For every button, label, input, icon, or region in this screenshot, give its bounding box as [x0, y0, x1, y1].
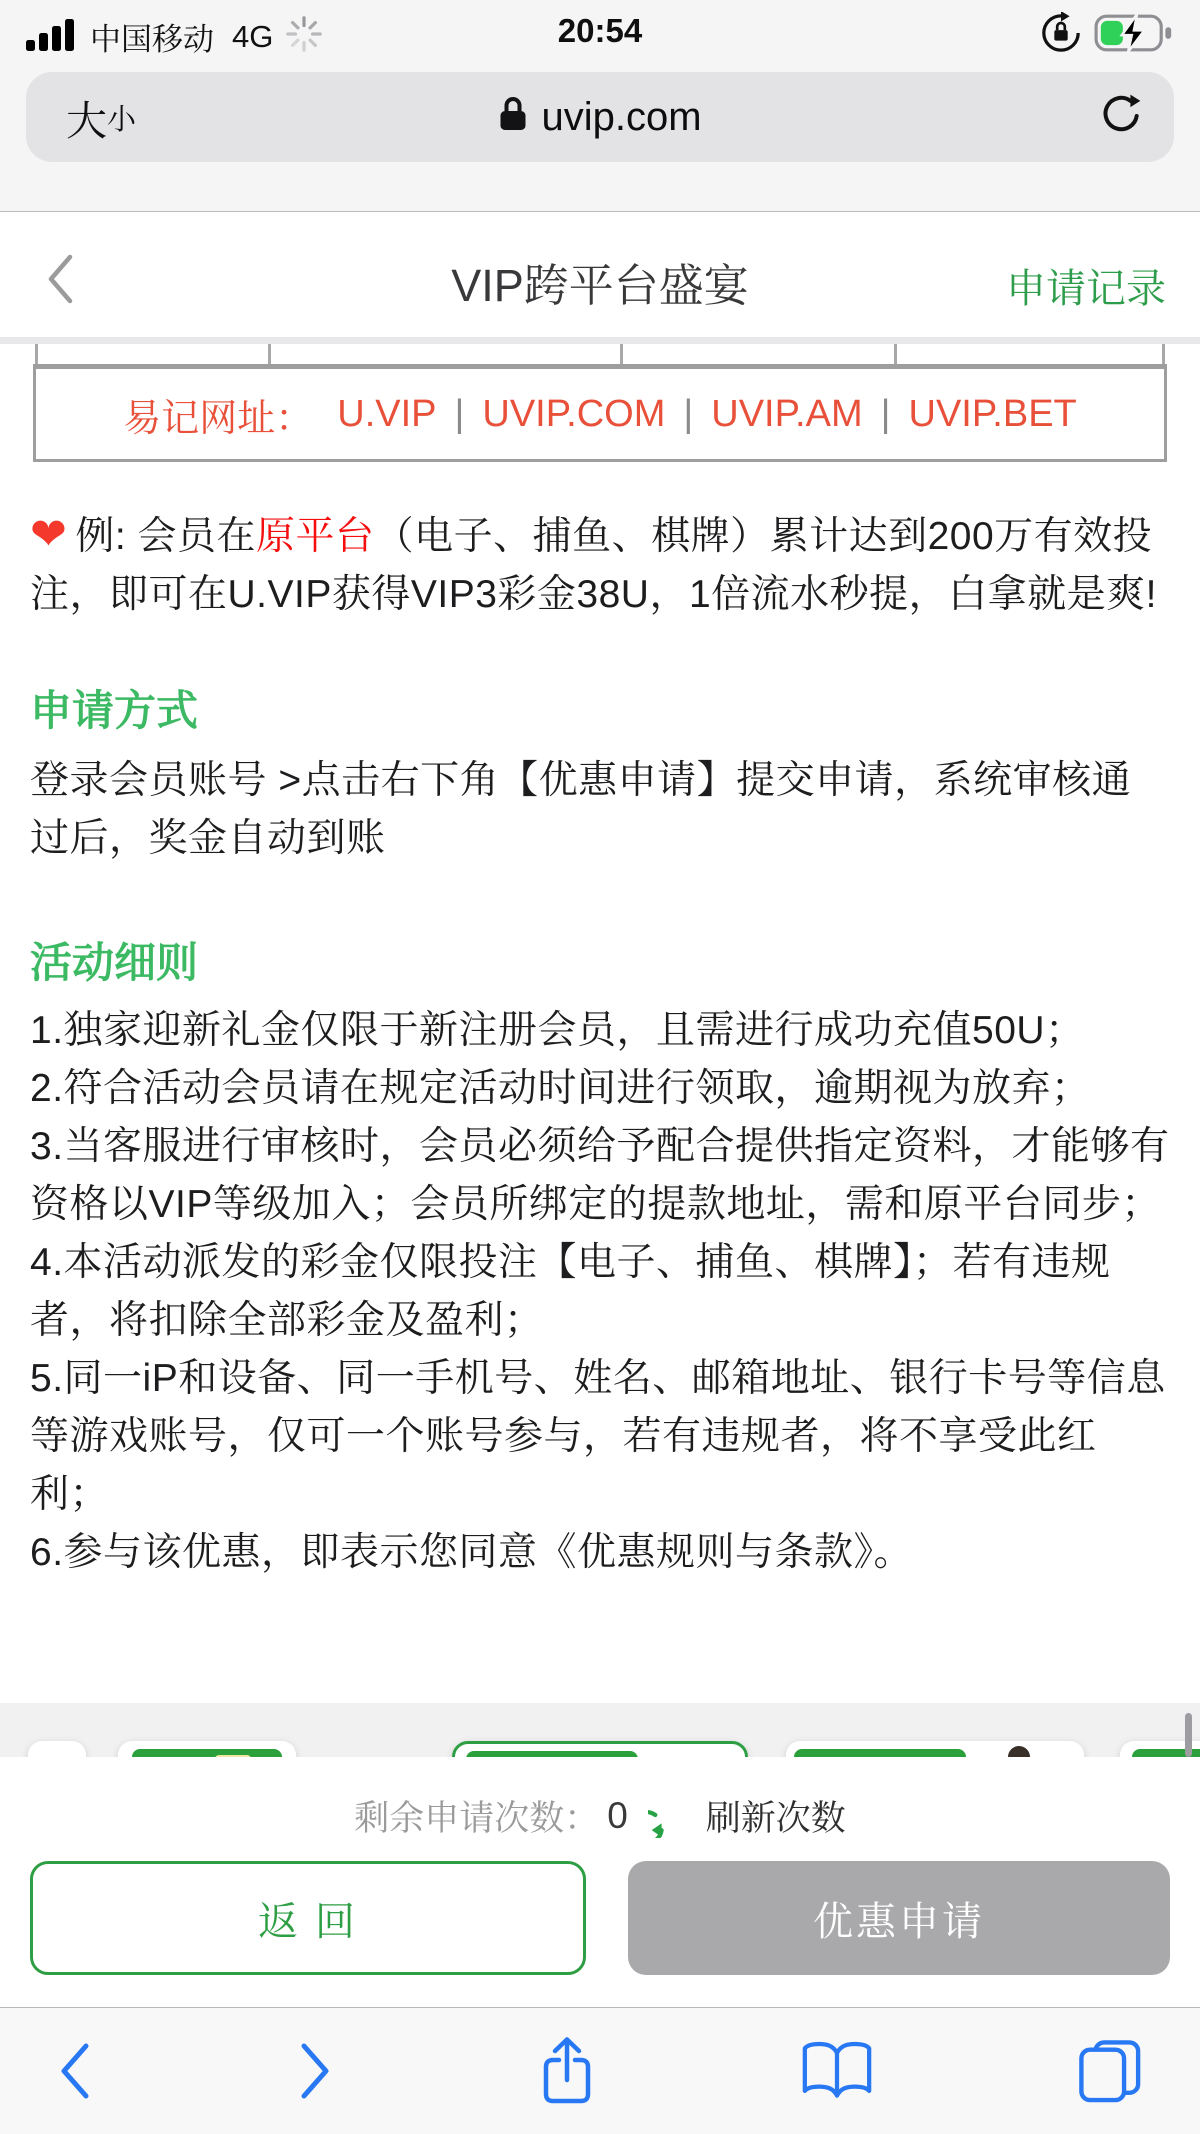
avatar — [1008, 1746, 1030, 1757]
refresh-icon — [648, 1792, 694, 1841]
apply-method-heading: 申请方式 — [30, 686, 1170, 736]
table-column-divider — [1162, 344, 1165, 366]
heart-icon: ❤ — [30, 510, 67, 559]
easy-url-label: 易记网址： — [123, 387, 313, 442]
url-separator: | — [455, 393, 465, 436]
promo-content: ❤例: 会员在原平台（电子、捕鱼、棋牌）累计达到200万有效投注，即可在U.VI… — [0, 462, 1200, 1703]
easy-url-table: 易记网址： U.VIP | UVIP.COM | UVIP.AM | UVIP.… — [0, 344, 1200, 462]
safari-top-chrome: 中国移动 4G 20:54 — [0, 0, 1200, 212]
rule-item: 4.本活动派发的彩金仅限投注【电子、捕鱼、棋牌】；若有违规者，将扣除全部彩金及盈… — [30, 1234, 1170, 1350]
url-link[interactable]: U.VIP — [337, 393, 436, 436]
table-column-divider — [620, 344, 623, 366]
url-link[interactable]: UVIP.COM — [482, 393, 665, 436]
action-panel: 剩余申请次数： 0 刷新次数 返 回 优惠申请 — [0, 1757, 1200, 2007]
rules-heading: 活动细则 — [30, 938, 1170, 988]
table-column-divider — [268, 344, 271, 366]
bookmarks-icon[interactable] — [802, 2041, 872, 2101]
application-records-link[interactable]: 申请记录 — [1006, 257, 1166, 314]
rotation-lock-icon — [1040, 12, 1082, 59]
remaining-count-label: 剩余申请次数： — [354, 1791, 599, 1841]
refresh-count-button[interactable]: 刷新次数 — [648, 1791, 846, 1841]
refresh-count-label: 刷新次数 — [706, 1791, 846, 1841]
card-banner — [794, 1749, 966, 1757]
table-column-divider — [35, 344, 38, 366]
remaining-count-row: 剩余申请次数： 0 刷新次数 — [0, 1757, 1200, 1841]
browser-forward-icon[interactable] — [298, 2042, 332, 2100]
url-display[interactable]: uvip.com — [26, 72, 1174, 162]
promo-card-thumbnail-selected[interactable] — [452, 1741, 748, 1757]
lock-icon — [498, 96, 528, 139]
rule-item: 5.同一iP和设备、同一手机号、姓名、邮箱地址、银行卡号等信息等游戏账号，仅可一… — [30, 1350, 1170, 1524]
apply-method-text: 登录会员账号 >点击右下角【优惠申请】提交申请，系统审核通过后，奖金自动到账 — [30, 752, 1170, 868]
scrollbar[interactable] — [1185, 1713, 1192, 1757]
url-link[interactable]: UVIP.BET — [909, 393, 1077, 436]
address-bar[interactable]: 大小 uvip.com — [26, 72, 1174, 162]
table-column-divider — [894, 344, 897, 366]
remaining-count-value: 0 — [607, 1795, 628, 1837]
share-icon[interactable] — [538, 2034, 596, 2108]
url-link[interactable]: UVIP.AM — [711, 393, 862, 436]
tabs-icon[interactable] — [1078, 2039, 1142, 2103]
browser-back-icon[interactable] — [58, 2042, 92, 2100]
rule-item: 1.独家迎新礼金仅限于新注册会员，且需进行成功充值50U； — [30, 1002, 1170, 1060]
easy-url-row: 易记网址： U.VIP | UVIP.COM | UVIP.AM | UVIP.… — [33, 364, 1167, 462]
promo-card-thumbnail[interactable] — [28, 1741, 86, 1757]
clock: 20:54 — [0, 12, 1200, 50]
example-prefix: 例: 会员在 — [75, 515, 256, 558]
rule-item: 2.符合活动会员请在规定活动时间进行领取，逾期视为放弃； — [30, 1060, 1170, 1118]
example-paragraph: ❤例: 会员在原平台（电子、捕鱼、棋牌）累计达到200万有效投注，即可在U.VI… — [30, 506, 1170, 624]
url-text: uvip.com — [541, 95, 701, 140]
safari-toolbar — [0, 2007, 1200, 2134]
battery-icon — [1094, 13, 1178, 58]
reload-button[interactable] — [1098, 93, 1144, 142]
example-highlight: 原平台 — [256, 515, 375, 558]
status-right — [1040, 12, 1178, 59]
rule-item: 6.参与该优惠，即表示您同意《优惠规则与条款》。 — [30, 1524, 1170, 1582]
promo-card-thumbnail[interactable] — [118, 1741, 296, 1757]
url-separator: | — [881, 393, 891, 436]
page-header: VIP跨平台盛宴 申请记录 — [0, 213, 1200, 344]
promo-card-strip — [0, 1703, 1200, 1757]
rules-list: 1.独家迎新礼金仅限于新注册会员，且需进行成功充值50U； 2.符合活动会员请在… — [30, 1002, 1170, 1582]
reload-icon — [1098, 127, 1144, 142]
rule-item: 3.当客服进行审核时，会员必须给予配合提供指定资料，才能够有资格以VIP等级加入… — [30, 1118, 1170, 1234]
status-bar: 中国移动 4G 20:54 — [0, 0, 1200, 62]
card-banner — [132, 1749, 282, 1757]
return-button[interactable]: 返 回 — [30, 1861, 586, 1975]
promo-card-thumbnail[interactable] — [786, 1741, 1084, 1757]
url-separator: | — [683, 393, 693, 436]
promo-apply-button[interactable]: 优惠申请 — [628, 1861, 1170, 1975]
